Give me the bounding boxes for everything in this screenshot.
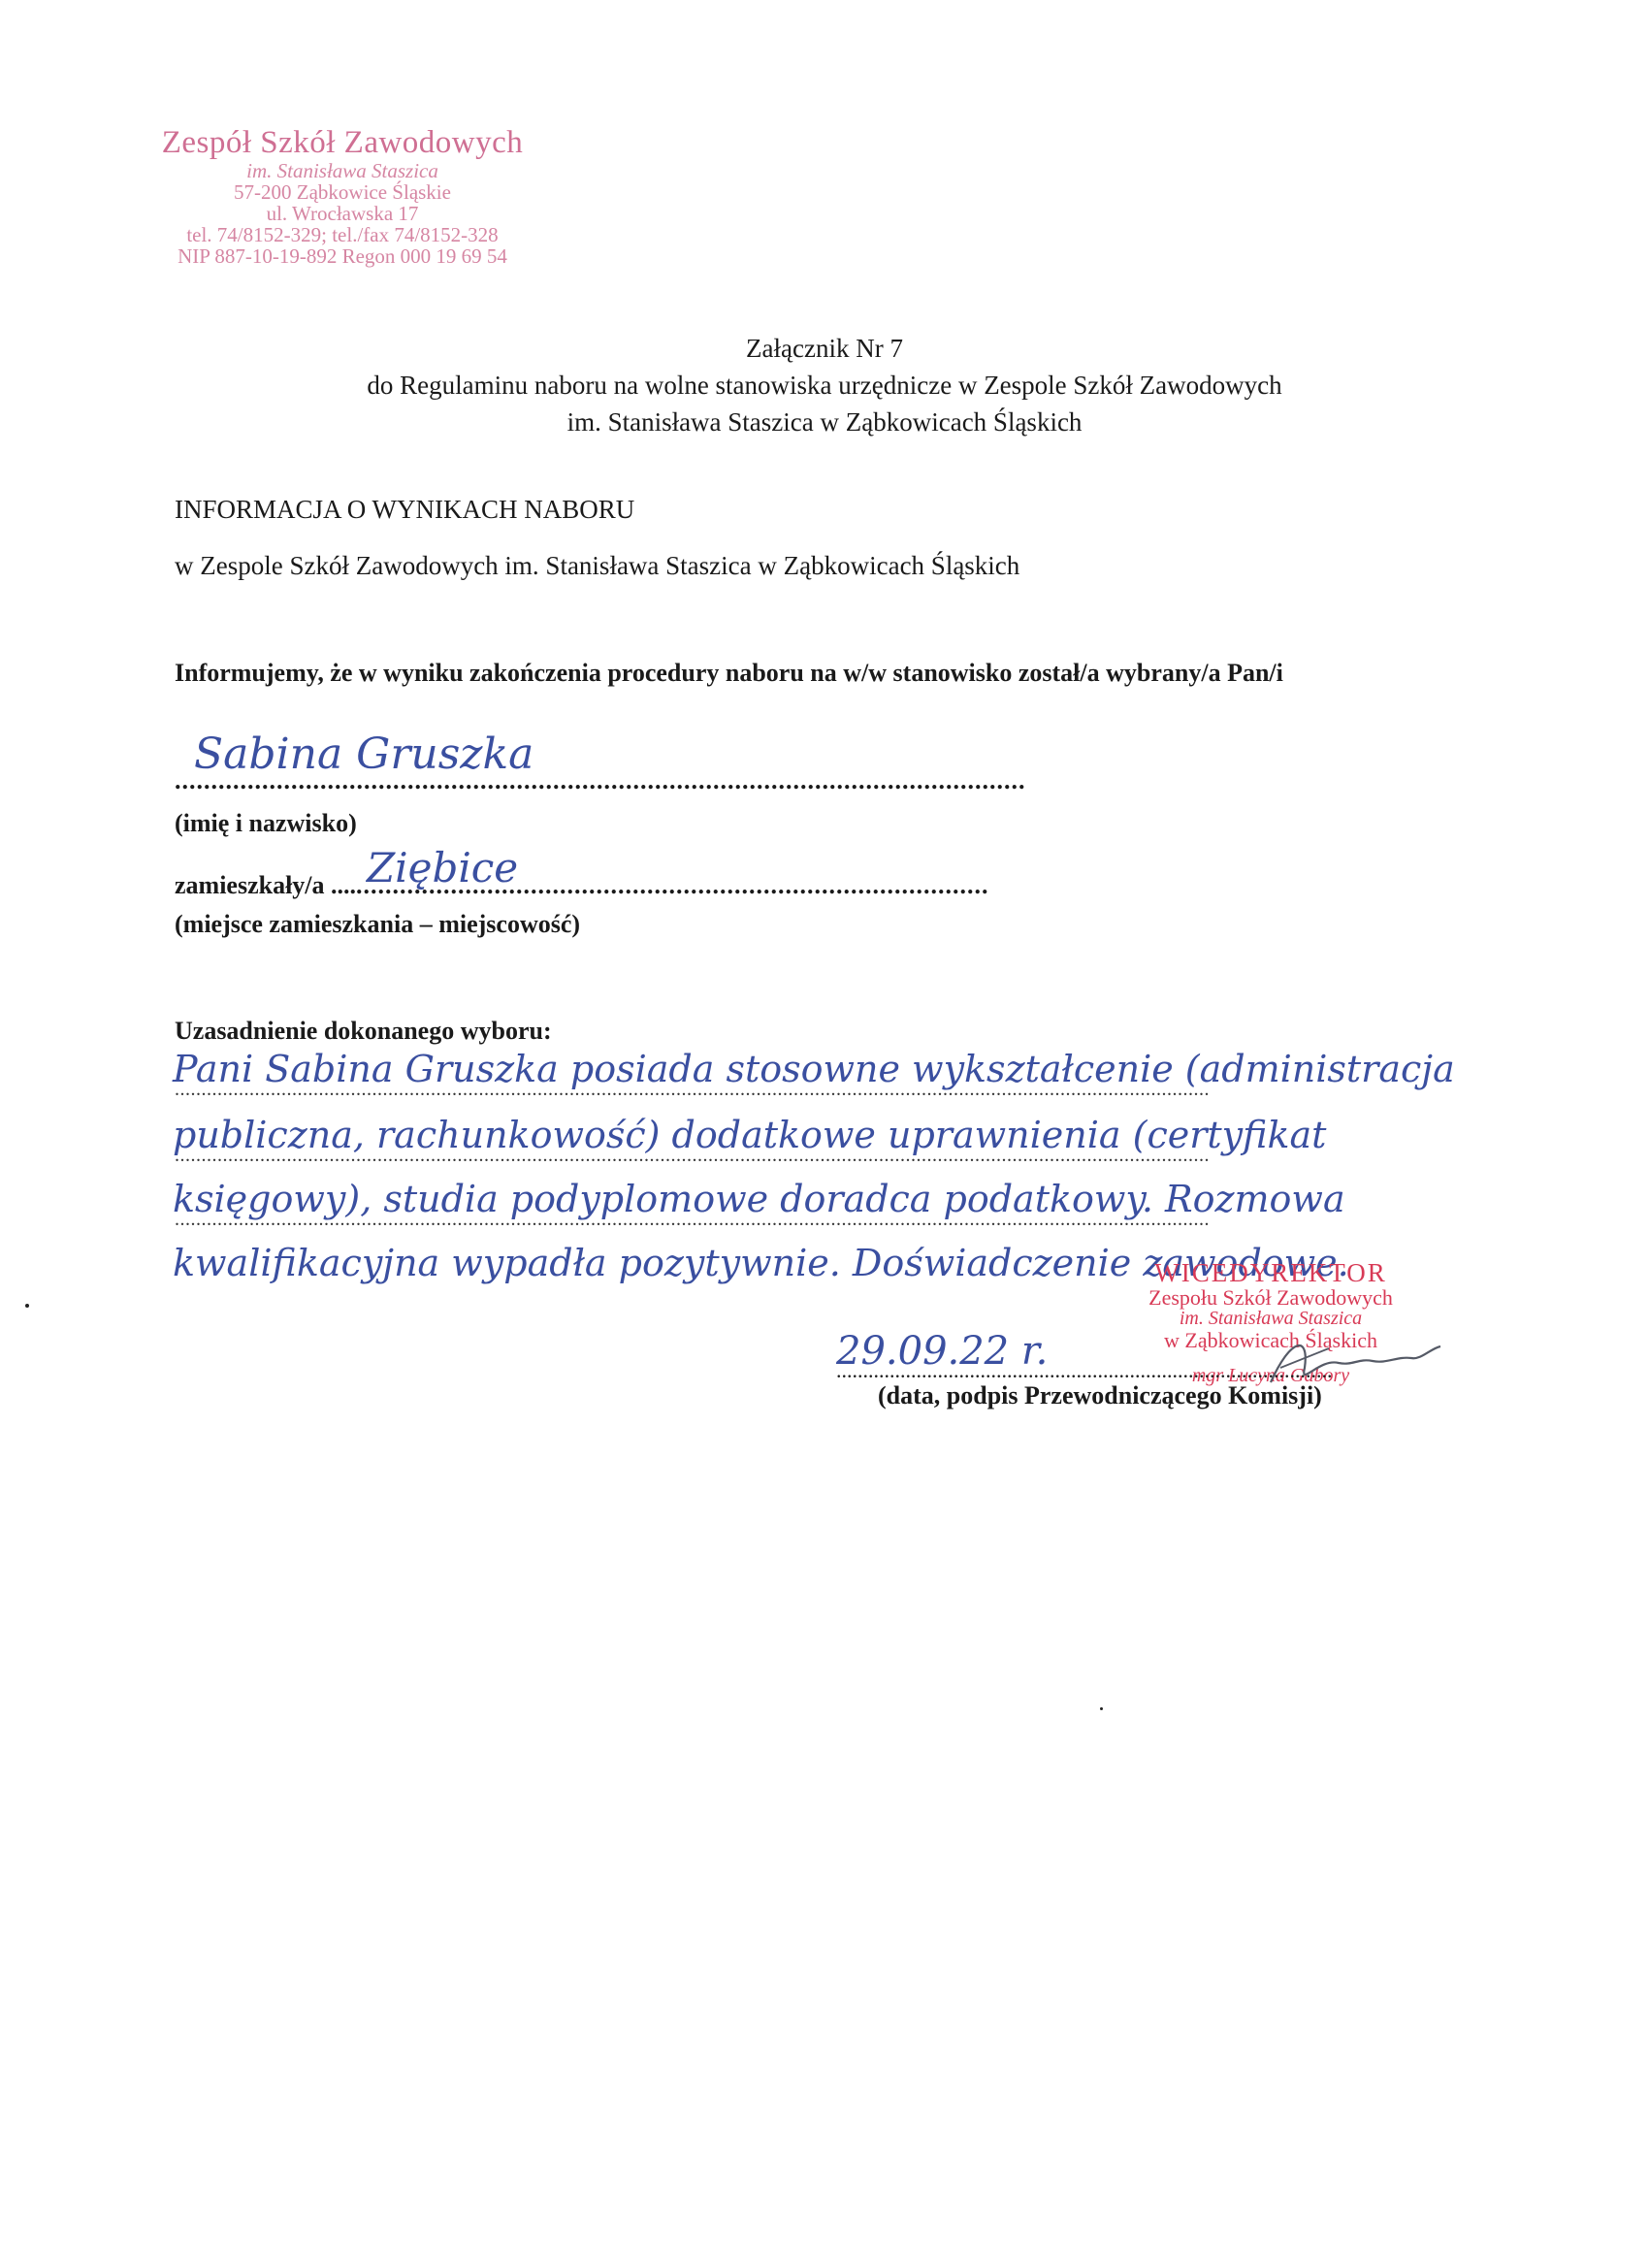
signature-stamp-patron: im. Stanisława Staszica: [1091, 1309, 1450, 1329]
school-stamp-patron: im. Stanisława Staszica: [124, 160, 561, 181]
school-stamp-postal: 57-200 Ząbkowice Śląskie: [124, 181, 561, 203]
justification-handwritten-line: Pani Sabina Gruszka posiada stosowne wyk…: [173, 1048, 1599, 1090]
document-subtitle: w Zespole Szkół Zawodowych im. Stanisław…: [175, 551, 1019, 581]
annex-school: im. Stanisława Staszica w Ząbkowicach Śl…: [0, 404, 1649, 440]
annex-regulation: do Regulaminu naboru na wolne stanowiska…: [0, 367, 1649, 404]
scan-speck: [1100, 1707, 1103, 1710]
signature-stamp-title: WICEDYREKTOR: [1091, 1259, 1450, 1286]
justification-label: Uzasadnienie dokonanego wyboru:: [175, 1017, 552, 1046]
residence-label: (miejsce zamieszkania – miejscowość): [175, 910, 580, 939]
candidate-name-label: (imię i nazwisko): [175, 809, 357, 838]
signature-dotted-line: ........................................…: [836, 1358, 1333, 1383]
candidate-name-dotted-line: ........................................…: [175, 766, 1026, 795]
justification-handwritten-line: księgowy), studia podyplomowe doradca po…: [173, 1178, 1599, 1220]
school-stamp-street: ul. Wrocławska 17: [124, 203, 561, 224]
scan-speck: [25, 1304, 29, 1308]
residence-prefix: zamieszkały/a ....: [175, 871, 356, 899]
justification-handwritten-line: publiczna, rachunkowość) dodatkowe upraw…: [173, 1114, 1599, 1156]
school-stamp: Zespół Szkół Zawodowych im. Stanisława S…: [124, 126, 561, 267]
school-stamp-phones: tel. 74/8152-329; tel./fax 74/8152-328: [124, 224, 561, 245]
annex-header: Załącznik Nr 7 do Regulaminu naboru na w…: [0, 330, 1649, 440]
school-stamp-ids: NIP 887-10-19-892 Regon 000 19 69 54: [124, 245, 561, 267]
document-title: INFORMACJA O WYNIKACH NABORU: [175, 495, 634, 525]
residence-row: zamieszkały/a ..........................…: [175, 871, 989, 900]
annex-number: Załącznik Nr 7: [0, 330, 1649, 367]
residence-handwritten: Ziębice: [367, 844, 518, 891]
signature-stamp-school: Zespołu Szkół Zawodowych: [1091, 1286, 1450, 1309]
signature-caption: (data, podpis Przewodniczącego Komisji): [878, 1381, 1322, 1410]
intro-text: Informujemy, że w wyniku zakończenia pro…: [175, 658, 1455, 689]
school-stamp-title: Zespół Szkół Zawodowych: [124, 126, 561, 160]
